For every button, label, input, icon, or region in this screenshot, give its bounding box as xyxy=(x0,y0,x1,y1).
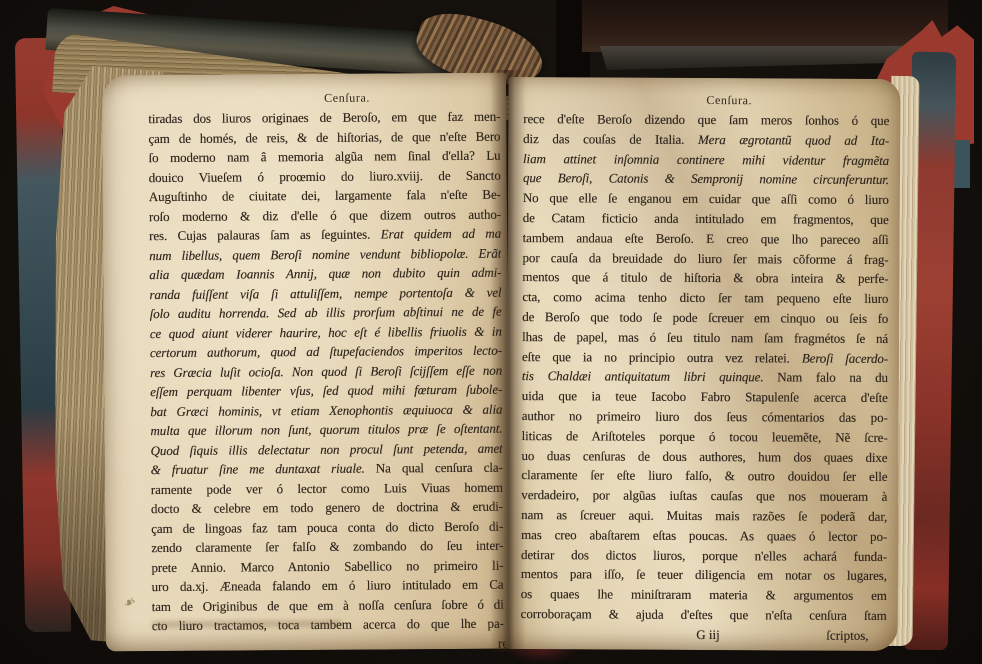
text-segment: docto & celebre em todo genero de doctri… xyxy=(151,499,503,516)
text-line: mas creo abaſtarem eſtas poucas. As quae… xyxy=(521,525,887,547)
right-page: Cenſura. rece d'eſte Beroſo dizendo que … xyxy=(506,77,901,651)
text-line: que Beroſi, Catonis & Sempronij nomine c… xyxy=(523,168,889,190)
text-segment: ramente pode ver ó lector como Luis Viua… xyxy=(151,479,503,496)
text-line: douico Viueſem ó proœmio do liuro.xviij.… xyxy=(149,165,501,187)
signature-line: G iij ſcriptos, xyxy=(521,624,887,646)
text-segment: res. Cujas palauras ſam as ſeguintes. xyxy=(149,226,381,243)
text-segment: claramente ſer eſte liuro falſo, & outro… xyxy=(521,467,887,484)
signature-mark: G iij xyxy=(696,625,720,645)
latin-quote-segment: multa que illorum non ſunt, quorum titul… xyxy=(150,421,502,438)
text-line: liam attinet inſomnia continere mihi vid… xyxy=(523,149,889,171)
latin-quote-segment: bat Græci hominis, vt etiam Xenophontis … xyxy=(150,401,502,418)
text-line: corroboraçam & ajuda d'eſtes que n'eſta … xyxy=(521,604,887,626)
latin-quote-segment: eſſem perquam libenter vſus, ſed quod mi… xyxy=(150,382,502,399)
text-segment: uro da.xj. Æneada falando em ó liuro int… xyxy=(152,577,504,594)
text-line: nam as ſcreuer aqui. Muitas mais razões … xyxy=(521,505,887,527)
text-line: roſo moderno & diz d'elle ó que dizem ou… xyxy=(149,204,501,226)
left-page: Cenſura. tiradas dos liuros originaes de… xyxy=(102,73,510,652)
text-line: de Catam ficticio anda intitulado em fra… xyxy=(523,208,889,230)
text-line: detirar dos dictos liuros, porque n'elle… xyxy=(521,545,887,567)
text-line: alia quædam Ioannis Annij, quæ non dubit… xyxy=(149,263,501,285)
text-segment: Nam falo na du xyxy=(777,370,888,386)
left-page-text: Cenſura. tiradas dos liuros originaes de… xyxy=(148,89,504,655)
text-segment: nam as ſcreuer aqui. Muitas mais razões … xyxy=(521,507,887,524)
text-segment: roſo moderno & diz d'elle ó que dizem ou… xyxy=(149,206,501,223)
catchword-line: rece xyxy=(152,633,504,655)
text-segment: liticas de Ariſtoteles porque ó tocou le… xyxy=(522,428,888,445)
text-line: de Beroſo que todo ſe pode ſcreuer em ci… xyxy=(522,307,888,329)
running-head-label: Cenſura. xyxy=(324,90,370,106)
text-line: liticas de Ariſtoteles porque ó tocou le… xyxy=(522,426,888,448)
text-segment: tam de Originibus de que em à noſſa cenſ… xyxy=(152,596,504,613)
text-segment: çam de lingoas faz tam pouca conta do di… xyxy=(151,518,503,535)
latin-quote-segment: liam attinet inſomnia continere mihi vid… xyxy=(523,151,889,168)
text-line: res. Cujas palauras ſam as ſeguintes. Er… xyxy=(149,224,501,246)
text-segment: cta, como acima tenho dicto ſer tam pequ… xyxy=(522,289,888,306)
hedera-ornament: ❧ xyxy=(120,591,139,613)
text-line: No que elle ſe enganou em cuidar que aſſ… xyxy=(523,188,889,210)
text-segment: lhas de papel, mas ó ſeu titulo nam ſam … xyxy=(522,329,888,346)
text-line: rece d'eſte Beroſo dizendo que ſam meros… xyxy=(523,109,889,131)
text-line: por cauſa da breuidade do liuro ſer mais… xyxy=(523,248,889,270)
latin-quote-segment: res Græcia luſit ocioſa. Non quod ſi Ber… xyxy=(150,362,502,379)
text-line: cta, como acima tenho dicto ſer tam pequ… xyxy=(522,287,888,309)
text-segment: çam de homés, de reis, & de hiſtorias, d… xyxy=(148,128,500,145)
right-text-lines: rece d'eſte Beroſo dizendo que ſam meros… xyxy=(521,109,890,626)
text-line: ſo moderno nam â memoria algũa nem ſinal… xyxy=(149,146,501,168)
text-segment: Na qual cenſura cla- xyxy=(376,460,503,476)
text-line: ſolo auditu horrenda. Sed ab illis prorſ… xyxy=(150,302,502,324)
latin-quote-segment: Quod ſiquis illis delectatur non procul … xyxy=(151,440,503,457)
catchword: ſcriptos, xyxy=(826,625,868,645)
latin-quote-segment: alia quædam Ioannis Annij, quæ non dubit… xyxy=(149,265,501,282)
board-top-right xyxy=(582,0,948,52)
text-line: tis Chaldæi antiquitatum libri quinque. … xyxy=(522,366,888,388)
text-line: uida que ia teue Iacobo Fabro Stapulenſe… xyxy=(522,386,888,408)
text-segment: uo duas cenſuras de dous authores, hum d… xyxy=(521,448,887,465)
ink-smudge xyxy=(152,620,342,628)
text-line: diz das couſas de Italia. Mera ægrotantũ… xyxy=(523,129,889,151)
text-segment: tiradas dos liuros originaes de Beroſo, … xyxy=(148,109,500,126)
running-head-label: Cenſura. xyxy=(706,92,752,108)
text-segment: os quaes lhe miniſtraram materia & argum… xyxy=(521,586,887,603)
latin-quote-segment: & fruatur ſine me duntaxat riuale. xyxy=(151,461,376,478)
latin-quote-segment: Beroſi ſacerdo- xyxy=(802,350,888,365)
text-line: Auguſtinho de ciuitate dei, largamente f… xyxy=(149,185,501,207)
text-segment: de Beroſo que todo ſe pode ſcreuer em ci… xyxy=(522,309,888,326)
text-segment: por cauſa da breuidade do liuro ſer mais… xyxy=(523,250,889,267)
text-line: tam de Originibus de que em à noſſa cenſ… xyxy=(152,594,504,616)
text-segment: mentos que á titulo de hiſtoria & obra i… xyxy=(522,269,888,286)
text-line: certorum authorum, quod ad ſtupefaciendo… xyxy=(150,341,502,363)
text-line: res Græcia luſit ocioſa. Non quod ſi Ber… xyxy=(150,360,502,382)
latin-quote-segment: num libellus, quem Beroſi nomine vendunt… xyxy=(149,245,501,262)
text-segment: No que elle ſe enganou em cuidar que aſſ… xyxy=(523,190,889,207)
text-line: & fruatur ſine me duntaxat riuale. Na qu… xyxy=(151,458,503,480)
text-segment: eſte que ia no principio outra vez relat… xyxy=(522,349,802,365)
text-line: docto & celebre em todo genero de doctri… xyxy=(151,497,503,519)
latin-quote-segment: tis Chaldæi antiquitatum libri quinque. xyxy=(522,368,777,384)
text-segment: diz das couſas de Italia. xyxy=(523,131,698,147)
text-segment: mentos para iſſo, ſe teuer diligencia em… xyxy=(521,566,887,583)
text-line: os quaes lhe miniſtraram materia & argum… xyxy=(521,584,887,606)
latin-quote-segment: Mera ægrotantũ quod ad Ita- xyxy=(698,132,889,148)
text-segment: tambem andaua eſte Beroſo. E creo que lh… xyxy=(523,230,889,247)
text-line: prete Annio. Marco Antonio Sabellico no … xyxy=(151,555,503,577)
text-segment: detirar dos dictos liuros, porque n'elle… xyxy=(521,547,887,564)
right-page-text: Cenſura. rece d'eſte Beroſo dizendo que … xyxy=(521,91,890,645)
text-segment: ſo moderno nam â memoria algũa nem ſinal… xyxy=(149,148,501,165)
latin-quote-segment: Erat quidem ad ma xyxy=(381,226,501,242)
latin-quote-segment: randa fuiſſent viſa ſi attuliſſem, nempe… xyxy=(149,284,501,301)
text-line: uro da.xj. Æneada falando em ó liuro int… xyxy=(151,575,503,597)
text-segment: verdadeiro, por algũas iuſtas cauſas que… xyxy=(521,487,887,504)
text-line: tiradas dos liuros originaes de Beroſo, … xyxy=(148,107,500,129)
text-line: ce quod aiunt viderer haurire, hoc eſt é… xyxy=(150,321,502,343)
text-line: num libellus, quem Beroſi nomine vendunt… xyxy=(149,243,501,265)
text-line: mentos para iſſo, ſe teuer diligencia em… xyxy=(521,564,887,586)
text-segment: rece d'eſte Beroſo dizendo que ſam meros… xyxy=(523,111,889,128)
text-line: claramente ſer eſte liuro falſo, & outro… xyxy=(521,465,887,487)
text-line: verdadeiro, por algũas iuſtas cauſas que… xyxy=(521,485,887,507)
text-line: randa fuiſſent viſa ſi attuliſſem, nempe… xyxy=(149,282,501,304)
text-line: eſſem perquam libenter vſus, ſed quod mi… xyxy=(150,380,502,402)
text-segment: Auguſtinho de ciuitate dei, largamente f… xyxy=(149,187,501,204)
text-segment: author no primeiro liuro dos ſeus cóment… xyxy=(522,408,888,425)
text-line: uo duas cenſuras de dous authores, hum d… xyxy=(521,446,887,468)
text-line: eſte que ia no principio outra vez relat… xyxy=(522,347,888,369)
text-line: multa que illorum non ſunt, quorum titul… xyxy=(150,419,502,441)
text-segment: douico Viueſem ó proœmio do liuro.xviij.… xyxy=(149,167,501,184)
text-line: bat Græci hominis, vt etiam Xenophontis … xyxy=(150,399,502,421)
text-line: tambem andaua eſte Beroſo. E creo que lh… xyxy=(523,228,889,250)
text-line: çam de homés, de reis, & de hiſtorias, d… xyxy=(148,126,500,148)
text-line: lhas de papel, mas ó ſeu titulo nam ſam … xyxy=(522,327,888,349)
text-segment: mas creo abaſtarem eſtas poucas. As quae… xyxy=(521,527,887,544)
text-segment: corroboraçam & ajuda d'eſtes que n'eſta … xyxy=(521,606,887,623)
text-segment: prete Annio. Marco Antonio Sabellico no … xyxy=(151,557,503,574)
text-line: zendo claramente ſer falſo & zombando do… xyxy=(151,536,503,558)
latin-quote-segment: que Beroſi, Catonis & Sempronij nomine c… xyxy=(523,170,889,187)
text-segment: de Catam ficticio anda intitulado em fra… xyxy=(523,210,889,227)
text-line: mentos que á titulo de hiſtoria & obra i… xyxy=(522,267,888,289)
latin-quote-segment: ſolo auditu horrenda. Sed ab illis prorſ… xyxy=(150,304,502,321)
latin-quote-segment: ce quod aiunt viderer haurire, hoc eſt é… xyxy=(150,323,502,340)
text-segment: zendo claramente ſer falſo & zombando do… xyxy=(151,538,503,555)
text-line: Quod ſiquis illis delectatur non procul … xyxy=(151,438,503,460)
latin-quote-segment: certorum authorum, quod ad ſtupefaciendo… xyxy=(150,343,502,360)
book-photo: Cenſura. tiradas dos liuros originaes de… xyxy=(0,0,982,664)
text-segment: uida que ia teue Iacobo Fabro Stapulenſe… xyxy=(522,388,888,405)
text-line: çam de lingoas faz tam pouca conta do di… xyxy=(151,516,503,538)
running-head: Cenſura. xyxy=(523,91,889,111)
text-line: author no primeiro liuro dos ſeus cóment… xyxy=(522,406,888,428)
left-text-lines: tiradas dos liuros originaes de Beroſo, … xyxy=(148,107,504,636)
text-line: ramente pode ver ó lector como Luis Viua… xyxy=(151,477,503,499)
